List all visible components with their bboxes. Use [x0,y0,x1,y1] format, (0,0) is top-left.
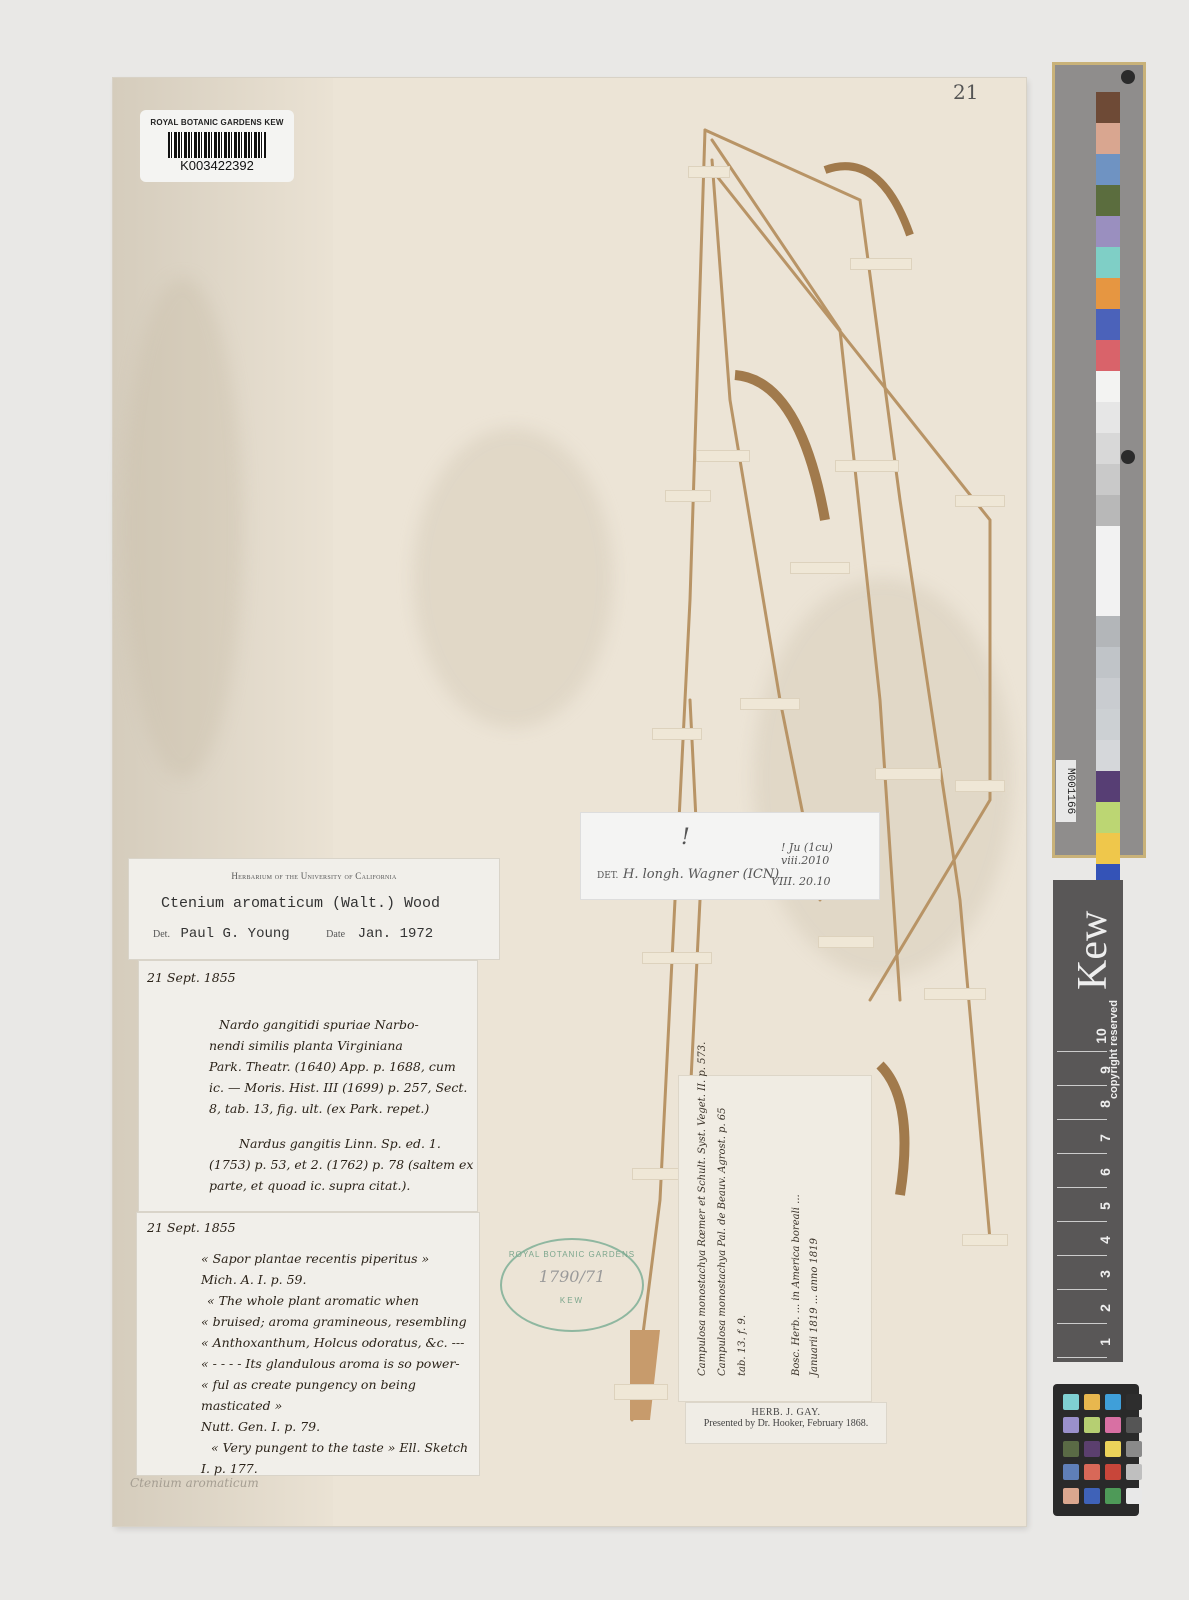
mounting-tape [665,490,711,502]
specimen-packet: Campulosa monostachya Rœmer et Schult. S… [678,1075,872,1402]
tick-label: 9 [1097,1066,1113,1074]
patch [1105,1417,1121,1433]
patch [1084,1488,1100,1504]
determiner-name: Paul G. Young [180,926,289,942]
det-determiner: H. longh. Wagner (ICN) [623,867,779,882]
determination-date: Jan. 1972 [358,926,434,942]
tick-label: 5 [1097,1202,1113,1210]
packet-note: tab. 13. f. 9. [737,1315,748,1376]
swatch [1096,123,1120,154]
patch [1126,1441,1142,1457]
swatch [1096,709,1120,740]
tick-label: 10 [1093,1028,1109,1044]
herb-gay-label: HERB. J. GAY. Presented by Dr. Hooker, F… [685,1402,887,1444]
patch [1084,1394,1100,1410]
color-checker [1053,1384,1139,1516]
kew-logo: Kew [1069,911,1117,990]
tick: 2 [1057,1290,1107,1324]
tick-label: 3 [1097,1270,1113,1278]
mounting-tape [850,258,912,270]
patch [1063,1441,1079,1457]
pencil-annotation: Ctenium aromaticum [130,1476,259,1490]
note-line: Nardo gangitidi spuriae Narbo- [219,1014,477,1035]
mounting-tape [835,460,899,472]
swatch [1096,678,1120,709]
note-line: « - - - - Its glandulous aroma is so pow… [201,1353,479,1374]
kew-stamp: ROYAL BOTANIC GARDENS 1790/71 KEW [500,1238,644,1332]
note-date: 21 Sept. 1855 [147,967,477,988]
tick-label: 2 [1097,1304,1113,1312]
patch [1126,1417,1142,1433]
patch [1063,1464,1079,1480]
patch [1105,1488,1121,1504]
note-date: 21 Sept. 1855 [147,1217,479,1238]
herb-title: HERB. J. GAY. [686,1407,886,1418]
tick-label: 1 [1097,1338,1113,1346]
note-line: (1753) p. 53, et 2. (1762) p. 78 (saltem… [209,1154,477,1175]
cm-ruler: 10 9 8 7 6 5 4 3 2 1 [1057,1018,1107,1352]
herbarium-header: Herbarium of the University of Californi… [129,871,499,881]
det-label: Det. [153,929,170,940]
patch [1126,1488,1142,1504]
tick: 8 [1057,1086,1107,1120]
note-line: 8, tab. 13, fig. ult. (ex Park. repet.) [209,1098,477,1119]
kew-scale-bar: Kew copyright reserved 10 9 8 7 6 5 4 3 … [1053,880,1123,1362]
note-line: Park. Theatr. (1640) App. p. 1688, cum [209,1056,477,1077]
stamp-text: ROYAL BOTANIC GARDENS [502,1250,642,1259]
swatch [1096,464,1120,495]
note-line: Nutt. Gen. I. p. 79. [201,1416,479,1437]
patch [1105,1464,1121,1480]
swatch [1096,92,1120,123]
herb-subtitle: Presented by Dr. Hooker, February 1868. [686,1418,886,1429]
patch [1084,1464,1100,1480]
tick: 10 [1057,1018,1107,1052]
mounting-tape [688,166,730,178]
stamp-bottom: KEW [502,1296,642,1305]
handwritten-note-2: 21 Sept. 1855 « Sapor plantae recentis p… [136,1212,480,1476]
mounting-tape [652,728,702,740]
note-line: Nardus gangitis Linn. Sp. ed. 1. [239,1133,477,1154]
tick-label: 7 [1097,1134,1113,1142]
tick-label: 6 [1097,1168,1113,1176]
swatch [1096,740,1120,771]
density-chart [1096,526,1120,616]
handwritten-note-1: 21 Sept. 1855 Nardo gangitidi spuriae Na… [138,960,478,1212]
tick: 4 [1057,1222,1107,1256]
mounting-tape [955,495,1005,507]
patch [1105,1394,1121,1410]
determiner-row: Det. Paul G. Young Date Jan. 1972 [153,926,499,942]
patch [1105,1441,1121,1457]
note-line: nendi similis planta Virginiana [209,1035,477,1056]
date-label: Date [326,929,345,940]
note-line: « Anthoxanthum, Holcus odoratus, &c. --- [201,1332,479,1353]
mounting-tape [740,698,800,710]
packet-note: Januarii 1819 ... anno 1819 [809,1238,820,1376]
swatch [1096,154,1120,185]
mounting-tape [790,562,850,574]
note-line: Mich. A. I. p. 59. [201,1269,479,1290]
swatch [1096,495,1120,526]
strip-hole [1121,450,1135,464]
patch [1126,1464,1142,1480]
mounting-tape [875,768,941,780]
tick: 6 [1057,1154,1107,1188]
patch [1084,1417,1100,1433]
note-line: « ful as create pungency on being mastic… [201,1374,479,1416]
patch [1063,1394,1079,1410]
mounting-tape [696,450,750,462]
mounting-tape [642,952,712,964]
swatch [1096,216,1120,247]
swatch [1096,771,1120,802]
note-line: ic. — Moris. Hist. III (1699) p. 257, Se… [209,1077,477,1098]
determination-label: Herbarium of the University of Californi… [128,858,500,960]
det-annotation: ! Ju (1cu) viii.2010 [781,841,879,867]
swatch [1096,247,1120,278]
patch [1084,1441,1100,1457]
swatch [1096,433,1120,464]
tick-label: 4 [1097,1236,1113,1244]
tick: 3 [1057,1256,1107,1290]
patch [1126,1394,1142,1410]
det-date: VIII. 20.10 [771,875,830,888]
mounting-tape [924,988,986,1000]
swatch [1096,833,1120,864]
det-label: DET. [597,871,618,881]
swatch [1096,278,1120,309]
note-line: « Very pungent to the taste » Ell. Sketc… [211,1437,479,1458]
tick: 1 [1057,1324,1107,1358]
swatch [1096,371,1120,402]
mounting-tape [818,936,874,948]
note-line: parte, et quoad ic. supra citat.). [209,1175,477,1196]
taxon-name: Ctenium aromaticum (Walt.) Wood [161,895,499,912]
swatch [1096,402,1120,433]
tick-label: 8 [1097,1100,1113,1108]
patch [1063,1488,1079,1504]
packet-note: Bosc. Herb. ... in America boreali ... [791,1194,802,1376]
det-slip: ! ! Ju (1cu) viii.2010 DET. H. longh. Wa… [580,812,880,900]
tick: 9 [1057,1052,1107,1086]
swatch [1096,340,1120,371]
note-line: « Sapor plantae recentis piperitus » [201,1248,479,1269]
stamp-number: 1790/71 [502,1267,642,1286]
tick: 5 [1057,1188,1107,1222]
swatch [1096,616,1120,647]
strip-id: M001166 [1056,760,1076,822]
swatch [1096,309,1120,340]
tick: 7 [1057,1120,1107,1154]
mounting-tape [632,1168,682,1180]
strip-hole [1121,70,1135,84]
note-line: « The whole plant aromatic when [207,1290,479,1311]
mounting-tape [614,1384,668,1400]
swatch [1096,647,1120,678]
packet-note: Campulosa monostachya Pal. de Beauv. Agr… [717,1107,728,1376]
copyright-text: copyright reserved [1108,1000,1120,1099]
patch [1063,1417,1079,1433]
mounting-tape [962,1234,1008,1246]
swatch [1096,802,1120,833]
swatch [1096,185,1120,216]
det-mark: ! [681,825,690,850]
note-line: « bruised; aroma gramineous, resembling [201,1311,479,1332]
mounting-tape [955,780,1005,792]
packet-note: Campulosa monostachya Rœmer et Schult. S… [697,1042,708,1376]
